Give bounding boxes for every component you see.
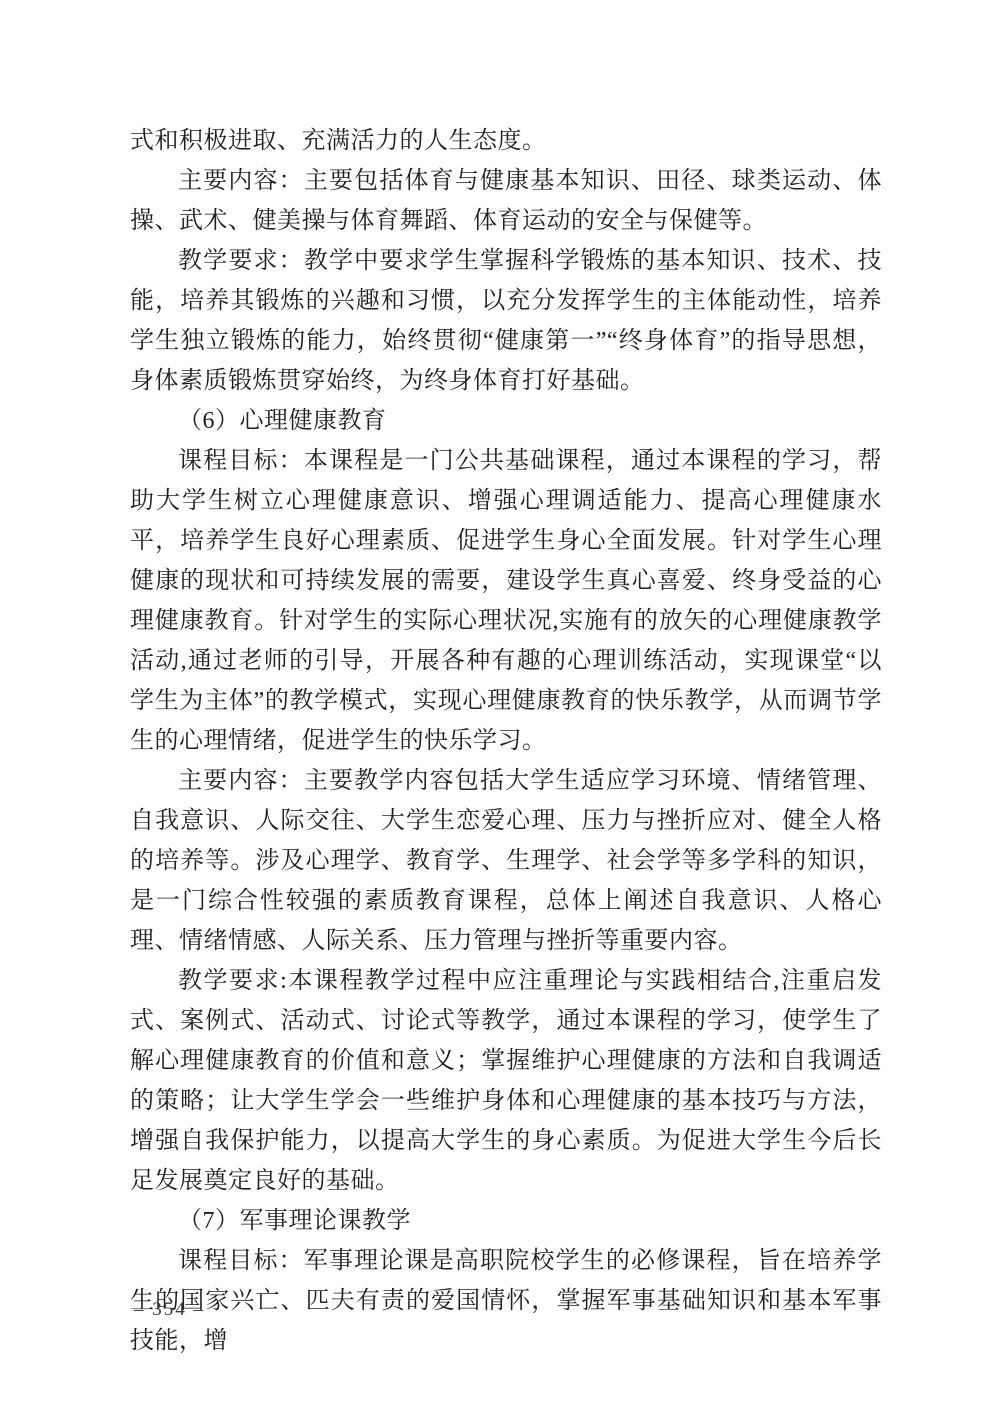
paragraph: （7）军事理论课教学 [130, 1201, 882, 1241]
page-number: – 354 – [134, 1298, 205, 1322]
paragraph: 教学要求：教学中要求学生掌握科学锻炼的基本知识、技术、技能，培养其锻炼的兴趣和习… [130, 241, 882, 401]
paragraph: 课程目标：军事理论课是高职院校学生的必修课程，旨在培养学生的国家兴亡、匹夫有责的… [130, 1241, 882, 1361]
document-page: 式和积极进取、充满活力的人生态度。主要内容：主要包括体育与健康基本知识、田径、球… [0, 0, 1000, 1414]
paragraph: 式和积极进取、充满活力的人生态度。 [130, 121, 882, 161]
paragraph: （6）心理健康教育 [130, 401, 882, 441]
paragraph: 主要内容：主要包括体育与健康基本知识、田径、球类运动、体操、武术、健美操与体育舞… [130, 161, 882, 241]
paragraph: 主要内容：主要教学内容包括大学生适应学习环境、情绪管理、自我意识、人际交往、大学… [130, 761, 882, 961]
document-body: 式和积极进取、充满活力的人生态度。主要内容：主要包括体育与健康基本知识、田径、球… [130, 121, 882, 1361]
paragraph: 教学要求:本课程教学过程中应注重理论与实践相结合,注重启发式、案例式、活动式、讨… [130, 961, 882, 1201]
paragraph: 课程目标：本课程是一门公共基础课程，通过本课程的学习，帮助大学生树立心理健康意识… [130, 441, 882, 761]
